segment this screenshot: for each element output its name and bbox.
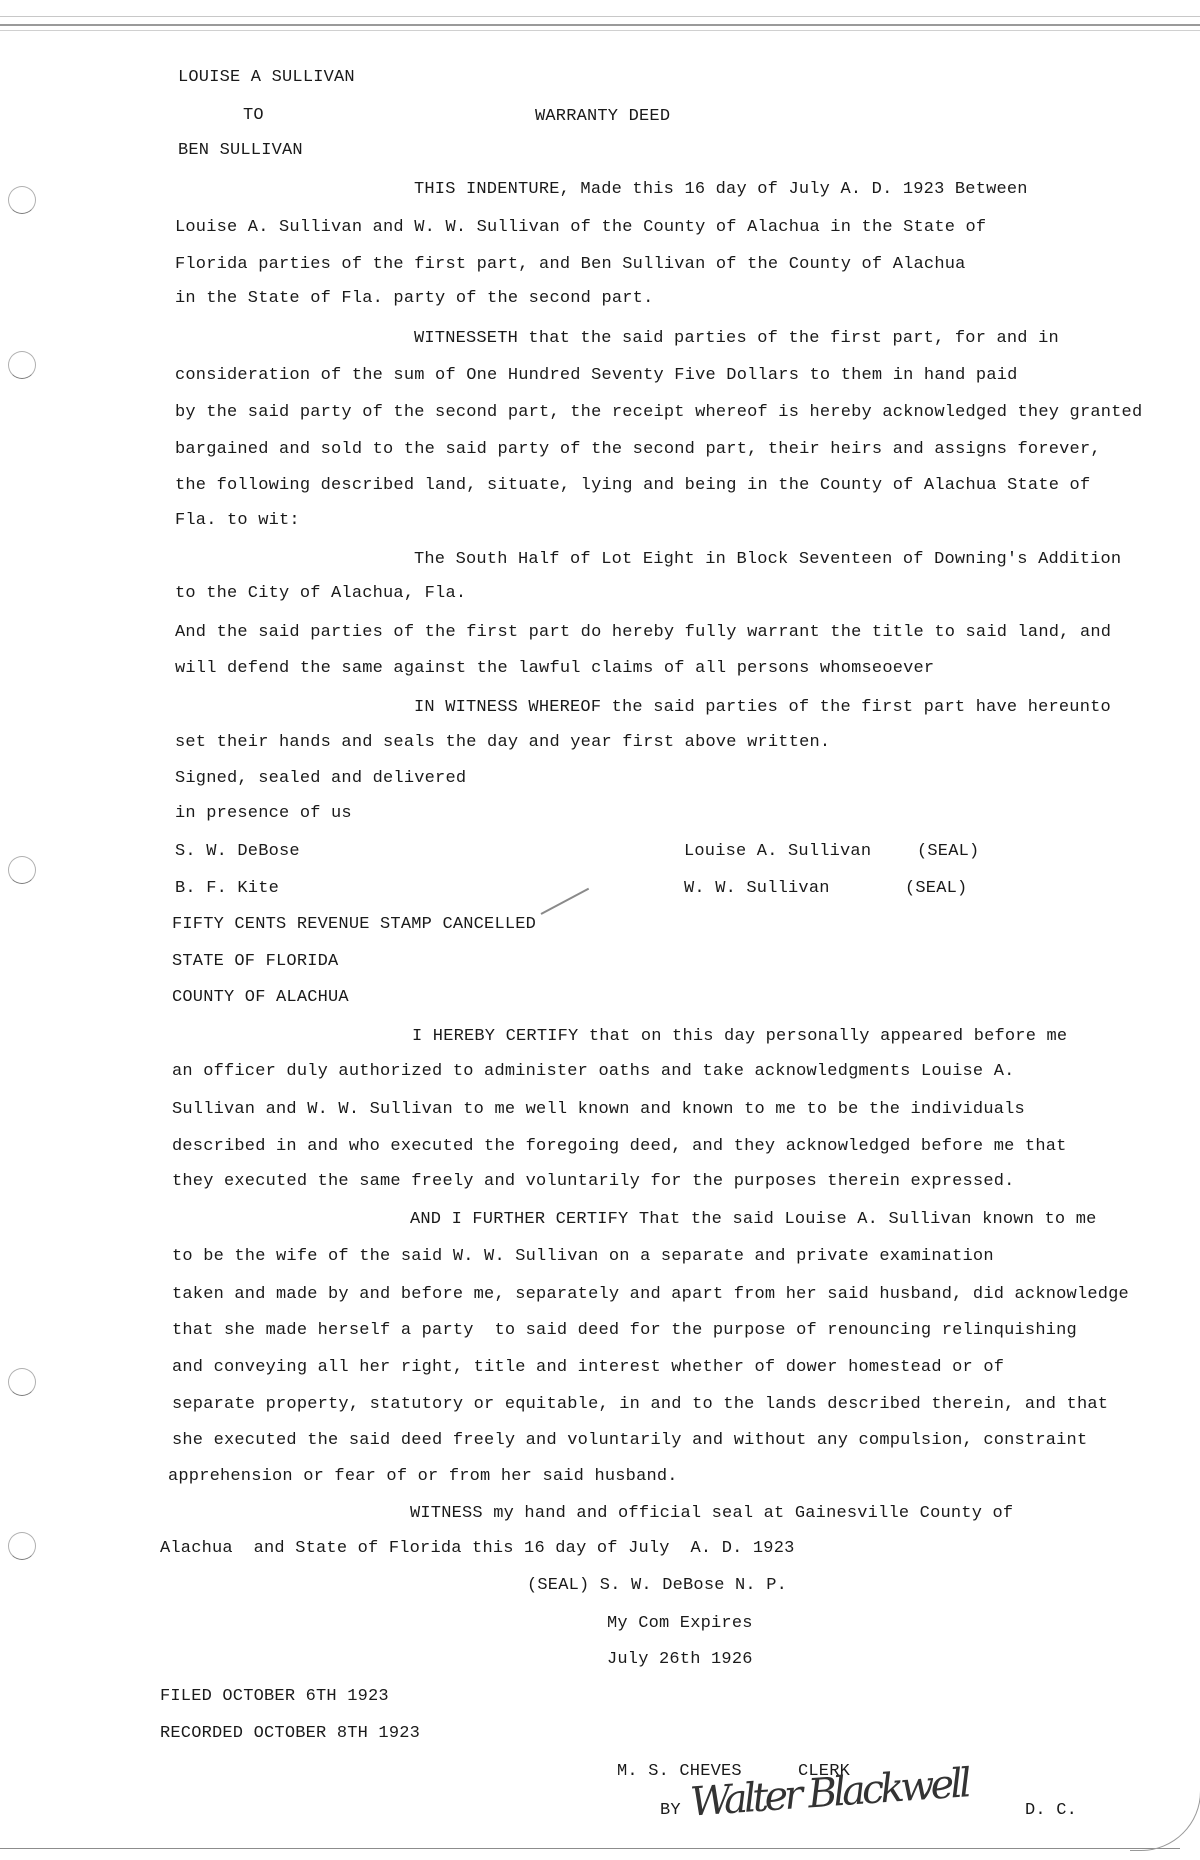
further-certify-line: separate property, statutory or equitabl…	[172, 1395, 1108, 1415]
indenture-line: Louise A. Sullivan and W. W. Sullivan of…	[175, 218, 986, 238]
commission-date: July 26th 1926	[607, 1650, 753, 1670]
witnesseth-line: by the said party of the second part, th…	[175, 403, 1142, 423]
punch-hole-icon	[8, 1532, 36, 1560]
further-certify-line: AND I FURTHER CERTIFY That the said Loui…	[410, 1210, 1097, 1230]
commission-label: My Com Expires	[607, 1614, 753, 1634]
deputy-clerk-title: D. C.	[1025, 1801, 1077, 1821]
certify-line: they executed the same freely and volunt…	[172, 1172, 1015, 1192]
top-border-line	[0, 24, 1200, 26]
seal-label: (SEAL)	[905, 879, 967, 899]
state-heading: STATE OF FLORIDA	[172, 952, 338, 972]
further-certify-line: that she made herself a party to said de…	[172, 1321, 1077, 1341]
further-certify-line: to be the wife of the said W. W. Sulliva…	[172, 1247, 994, 1267]
indenture-line: THIS INDENTURE, Made this 16 day of July…	[414, 180, 1028, 200]
grantee-heading: BEN SULLIVAN	[178, 141, 303, 161]
grantor-signature: W. W. Sullivan	[684, 879, 830, 899]
certify-line: Sullivan and W. W. Sullivan to me well k…	[172, 1100, 1025, 1120]
seal-label: (SEAL)	[917, 842, 979, 862]
in-witness-line: set their hands and seals the day and ye…	[175, 733, 830, 753]
top-border-line	[0, 30, 1200, 31]
warranty-line: And the said parties of the first part d…	[175, 623, 1111, 643]
top-border-line	[0, 16, 1200, 17]
further-certify-line: she executed the said deed freely and vo…	[172, 1431, 1087, 1451]
certify-line: described in and who executed the forego…	[172, 1137, 1067, 1157]
check-mark-icon	[541, 888, 590, 915]
certify-line: an officer duly authorized to administer…	[172, 1062, 1015, 1082]
notary-witness-line: Alachua and State of Florida this 16 day…	[160, 1539, 795, 1559]
revenue-stamp-note: FIFTY CENTS REVENUE STAMP CANCELLED	[172, 915, 536, 935]
in-witness-line: IN WITNESS WHEREOF the said parties of t…	[414, 698, 1111, 718]
filed-date: FILED OCTOBER 6TH 1923	[160, 1687, 389, 1707]
grantor-signature: Louise A. Sullivan	[684, 842, 871, 862]
page-corner-curl	[1130, 1760, 1200, 1851]
certify-line: I HEREBY CERTIFY that on this day person…	[412, 1027, 1067, 1047]
land-description-line: The South Half of Lot Eight in Block Sev…	[414, 550, 1121, 570]
witnesseth-line: WITNESSETH that the said parties of the …	[414, 329, 1059, 349]
notary-witness-line: WITNESS my hand and official seal at Gai…	[410, 1504, 1013, 1524]
further-certify-line: taken and made by and before me, separat…	[172, 1285, 1129, 1305]
witness-name: S. W. DeBose	[175, 842, 300, 862]
signed-line: in presence of us	[175, 804, 352, 824]
document-title: WARRANTY DEED	[535, 107, 670, 127]
signed-line: Signed, sealed and delivered	[175, 769, 466, 789]
witness-name: B. F. Kite	[175, 879, 279, 899]
witnesseth-line: consideration of the sum of One Hundred …	[175, 366, 1018, 386]
witnesseth-line: bargained and sold to the said party of …	[175, 440, 1101, 460]
bottom-border-line	[0, 1848, 1180, 1849]
further-certify-line: and conveying all her right, title and i…	[172, 1358, 1004, 1378]
punch-hole-icon	[8, 186, 36, 214]
indenture-line: Florida parties of the first part, and B…	[175, 255, 966, 275]
warranty-line: will defend the same against the lawful …	[175, 659, 934, 679]
recorded-date: RECORDED OCTOBER 8TH 1923	[160, 1724, 420, 1744]
county-heading: COUNTY OF ALACHUA	[172, 988, 349, 1008]
punch-hole-icon	[8, 1368, 36, 1396]
deed-page: LOUISE A SULLIVAN TO WARRANTY DEED BEN S…	[0, 0, 1200, 1860]
land-description-line: to the City of Alachua, Fla.	[175, 584, 466, 604]
grantor-heading: LOUISE A SULLIVAN	[178, 68, 355, 88]
by-label: BY	[660, 1801, 681, 1821]
punch-hole-icon	[8, 351, 36, 379]
to-heading: TO	[243, 106, 264, 126]
witnesseth-line: the following described land, situate, l…	[175, 476, 1090, 496]
witnesseth-line: Fla. to wit:	[175, 511, 300, 531]
punch-hole-icon	[8, 856, 36, 884]
notary-name: (SEAL) S. W. DeBose N. P.	[527, 1576, 787, 1596]
indenture-line: in the State of Fla. party of the second…	[175, 289, 653, 309]
further-certify-line: apprehension or fear of or from her said…	[168, 1467, 678, 1487]
